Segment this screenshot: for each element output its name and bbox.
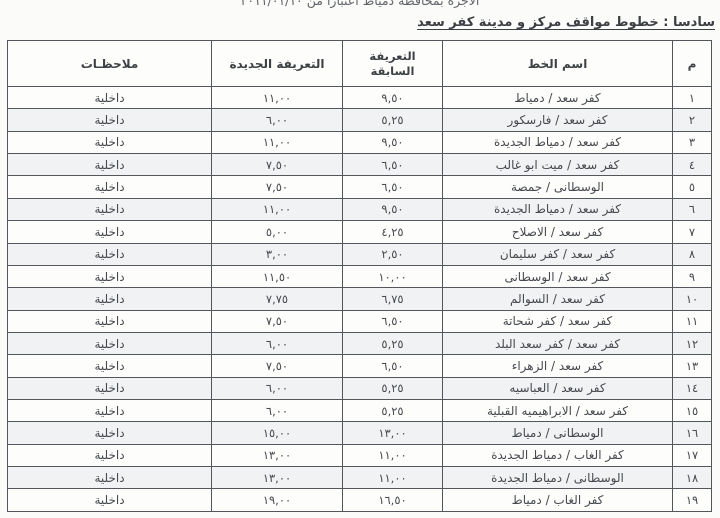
table-row: ٩كفر سعد / الوسطانى١٠,٠٠١١,٥٠داخلية (8, 265, 712, 287)
cell-line-name: كفر سعد / كفر شحاتة (443, 310, 673, 332)
cell-new-tariff: ٧,٥٠ (212, 154, 343, 176)
cell-line-name: كفر سعد / دمياط (443, 87, 673, 109)
cell-line-name: الوسطانى / جمصة (443, 176, 673, 198)
cell-row-number: ٤ (673, 154, 712, 176)
cell-row-number: ١٧ (673, 444, 712, 466)
cell-previous-tariff: ١٠,٠٠ (343, 265, 443, 287)
table-row: ٥الوسطانى / جمصة٦,٥٠٧,٥٠داخلية (8, 176, 712, 198)
cell-line-name: كفر سعد / ميت ابو غالب (443, 154, 673, 176)
previous-tariff-label: التعريفة السابقة (364, 49, 422, 79)
cell-new-tariff: ٦,٠٠ (212, 109, 343, 131)
cell-previous-tariff: ٥,٢٥ (343, 109, 443, 131)
cell-previous-tariff: ١٦,٥٠ (343, 489, 443, 512)
cell-row-number: ١١ (673, 310, 712, 332)
table-row: ١٢كفر سعد / كفر سعد البلد٥,٢٥٦,٠٠داخلية (8, 332, 712, 354)
cell-line-name: كفر سعد / الاصلاح (443, 221, 673, 243)
cell-notes: داخلية (8, 489, 212, 512)
cell-previous-tariff: ٤,٢٥ (343, 221, 443, 243)
cell-row-number: ٣ (673, 131, 712, 153)
table-row: ١٧كفر الغاب / دمياط الجديدة١١,٠٠١٣,٠٠داخ… (8, 444, 712, 466)
cell-previous-tariff: ٩,٥٠ (343, 131, 443, 153)
cell-line-name: كفر الغاب / دمياط (443, 489, 673, 512)
cell-previous-tariff: ١١,٠٠ (343, 467, 443, 489)
cell-previous-tariff: ١١,٠٠ (343, 444, 443, 466)
cell-previous-tariff: ٥,٢٥ (343, 377, 443, 399)
cell-previous-tariff: ٦,٧٥ (343, 288, 443, 310)
table-row: ٤كفر سعد / ميت ابو غالب٦,٥٠٧,٥٠داخلية (8, 154, 712, 176)
col-header-notes: ملاحظـات (8, 41, 212, 87)
cell-notes: داخلية (8, 422, 212, 444)
document-title: الاجرة بمحافظة دمياط اعتبارا من ٢٠١١/٠١/… (0, 0, 720, 8)
cell-new-tariff: ١١,٥٠ (212, 265, 343, 287)
cell-new-tariff: ٦,٠٠ (212, 377, 343, 399)
cell-previous-tariff: ١٣,٠٠ (343, 422, 443, 444)
cell-new-tariff: ٦,٠٠ (212, 332, 343, 354)
table-row: ٨كفر سعد / كفر سليمان٢,٥٠٣,٠٠داخلية (8, 243, 712, 265)
section-title: سادسا : خطوط مواقف مركز و مدينة كفر سعد (417, 15, 715, 30)
cell-row-number: ٢ (673, 109, 712, 131)
tariff-table: م اسم الخط التعريفة السابقة التعريفة الج… (7, 40, 712, 512)
cell-notes: داخلية (8, 377, 212, 399)
cell-line-name: كفر سعد / كفر سليمان (443, 243, 673, 265)
cell-line-name: كفر سعد / الوسطانى (443, 265, 673, 287)
cell-row-number: ٩ (673, 265, 712, 287)
cell-notes: داخلية (8, 355, 212, 377)
col-header-new-tariff: التعريفة الجديدة (212, 41, 343, 87)
cell-row-number: ٥ (673, 176, 712, 198)
table-row: ١كفر سعد / دمياط٩,٥٠١١,٠٠داخلية (8, 87, 712, 109)
cell-line-name: كفر سعد / الزهراء (443, 355, 673, 377)
cell-notes: داخلية (8, 87, 212, 109)
cell-previous-tariff: ٩,٥٠ (343, 87, 443, 109)
cell-row-number: ١٣ (673, 355, 712, 377)
cell-row-number: ٨ (673, 243, 712, 265)
cell-new-tariff: ١٣,٠٠ (212, 444, 343, 466)
cell-new-tariff: ٧,٥٠ (212, 310, 343, 332)
cell-new-tariff: ١٣,٠٠ (212, 467, 343, 489)
table-row: ٢كفر سعد / فارسكور٥,٢٥٦,٠٠داخلية (8, 109, 712, 131)
cell-notes: داخلية (8, 310, 212, 332)
cell-previous-tariff: ٦,٥٠ (343, 310, 443, 332)
cell-line-name: كفر سعد / السوالم (443, 288, 673, 310)
cell-new-tariff: ٧,٥٠ (212, 176, 343, 198)
cell-previous-tariff: ٦,٥٠ (343, 355, 443, 377)
cell-notes: داخلية (8, 265, 212, 287)
table-row: ١٥كفر سعد / الابراهيميه القبلية٥,٢٥٦,٠٠د… (8, 400, 712, 422)
cell-line-name: كفر الغاب / دمياط الجديدة (443, 444, 673, 466)
table-row: ١٩كفر الغاب / دمياط١٦,٥٠١٩,٠٠داخلية (8, 489, 712, 512)
col-header-line-name: اسم الخط (443, 41, 673, 87)
cell-previous-tariff: ٢,٥٠ (343, 243, 443, 265)
cell-row-number: ١٠ (673, 288, 712, 310)
cell-row-number: ١٢ (673, 332, 712, 354)
table-row: ١٠كفر سعد / السوالم٦,٧٥٧,٧٥داخلية (8, 288, 712, 310)
cell-new-tariff: ٣,٠٠ (212, 243, 343, 265)
cell-notes: داخلية (8, 176, 212, 198)
col-header-previous-tariff: التعريفة السابقة (343, 41, 443, 87)
cell-line-name: الوسطانى / دمياط (443, 422, 673, 444)
cell-line-name: كفر سعد / دمياط الجديدة (443, 198, 673, 220)
cell-line-name: كفر سعد / كفر سعد البلد (443, 332, 673, 354)
col-header-no: م (673, 41, 712, 87)
cell-row-number: ١ (673, 87, 712, 109)
cell-previous-tariff: ٦,٥٠ (343, 154, 443, 176)
cell-new-tariff: ١١,٠٠ (212, 131, 343, 153)
table-row: ٣كفر سعد / دمياط الجديدة٩,٥٠١١,٠٠داخلية (8, 131, 712, 153)
cell-new-tariff: ١٩,٠٠ (212, 489, 343, 512)
cell-notes: داخلية (8, 467, 212, 489)
cell-notes: داخلية (8, 109, 212, 131)
cell-notes: داخلية (8, 288, 212, 310)
table-row: ١٣كفر سعد / الزهراء٦,٥٠٧,٥٠داخلية (8, 355, 712, 377)
cell-notes: داخلية (8, 198, 212, 220)
cell-notes: داخلية (8, 154, 212, 176)
cell-notes: داخلية (8, 400, 212, 422)
cell-line-name: كفر سعد / العباسيه (443, 377, 673, 399)
cell-previous-tariff: ٩,٥٠ (343, 198, 443, 220)
cell-row-number: ١٥ (673, 400, 712, 422)
table-row: ٦كفر سعد / دمياط الجديدة٩,٥٠١١,٠٠داخلية (8, 198, 712, 220)
cell-line-name: الوسطانى / دمياط الجديدة (443, 467, 673, 489)
cell-row-number: ٦ (673, 198, 712, 220)
cell-new-tariff: ١٥,٠٠ (212, 422, 343, 444)
table-row: ٧كفر سعد / الاصلاح٤,٢٥٥,٠٠داخلية (8, 221, 712, 243)
table-row: ١٦الوسطانى / دمياط١٣,٠٠١٥,٠٠داخلية (8, 422, 712, 444)
cell-new-tariff: ٧,٧٥ (212, 288, 343, 310)
cell-line-name: كفر سعد / فارسكور (443, 109, 673, 131)
cell-row-number: ١٩ (673, 489, 712, 512)
cell-notes: داخلية (8, 444, 212, 466)
cell-new-tariff: ٧,٥٠ (212, 355, 343, 377)
cell-notes: داخلية (8, 243, 212, 265)
cell-new-tariff: ٦,٠٠ (212, 400, 343, 422)
cell-new-tariff: ٥,٠٠ (212, 221, 343, 243)
cell-row-number: ١٦ (673, 422, 712, 444)
cell-previous-tariff: ٦,٥٠ (343, 176, 443, 198)
header-row: م اسم الخط التعريفة السابقة التعريفة الج… (8, 41, 712, 87)
cell-previous-tariff: ٥,٢٥ (343, 332, 443, 354)
cell-row-number: ١٤ (673, 377, 712, 399)
cell-previous-tariff: ٥,٢٥ (343, 400, 443, 422)
cell-notes: داخلية (8, 332, 212, 354)
cell-row-number: ٧ (673, 221, 712, 243)
table-row: ١٤كفر سعد / العباسيه٥,٢٥٦,٠٠داخلية (8, 377, 712, 399)
cell-line-name: كفر سعد / دمياط الجديدة (443, 131, 673, 153)
cell-notes: داخلية (8, 131, 212, 153)
cell-new-tariff: ١١,٠٠ (212, 87, 343, 109)
cell-notes: داخلية (8, 221, 212, 243)
table-row: ١٨الوسطانى / دمياط الجديدة١١,٠٠١٣,٠٠داخل… (8, 467, 712, 489)
table-body: ١كفر سعد / دمياط٩,٥٠١١,٠٠داخلية٢كفر سعد … (8, 87, 712, 512)
cell-row-number: ١٨ (673, 467, 712, 489)
cell-new-tariff: ١١,٠٠ (212, 198, 343, 220)
table-row: ١١كفر سعد / كفر شحاتة٦,٥٠٧,٥٠داخلية (8, 310, 712, 332)
cell-line-name: كفر سعد / الابراهيميه القبلية (443, 400, 673, 422)
